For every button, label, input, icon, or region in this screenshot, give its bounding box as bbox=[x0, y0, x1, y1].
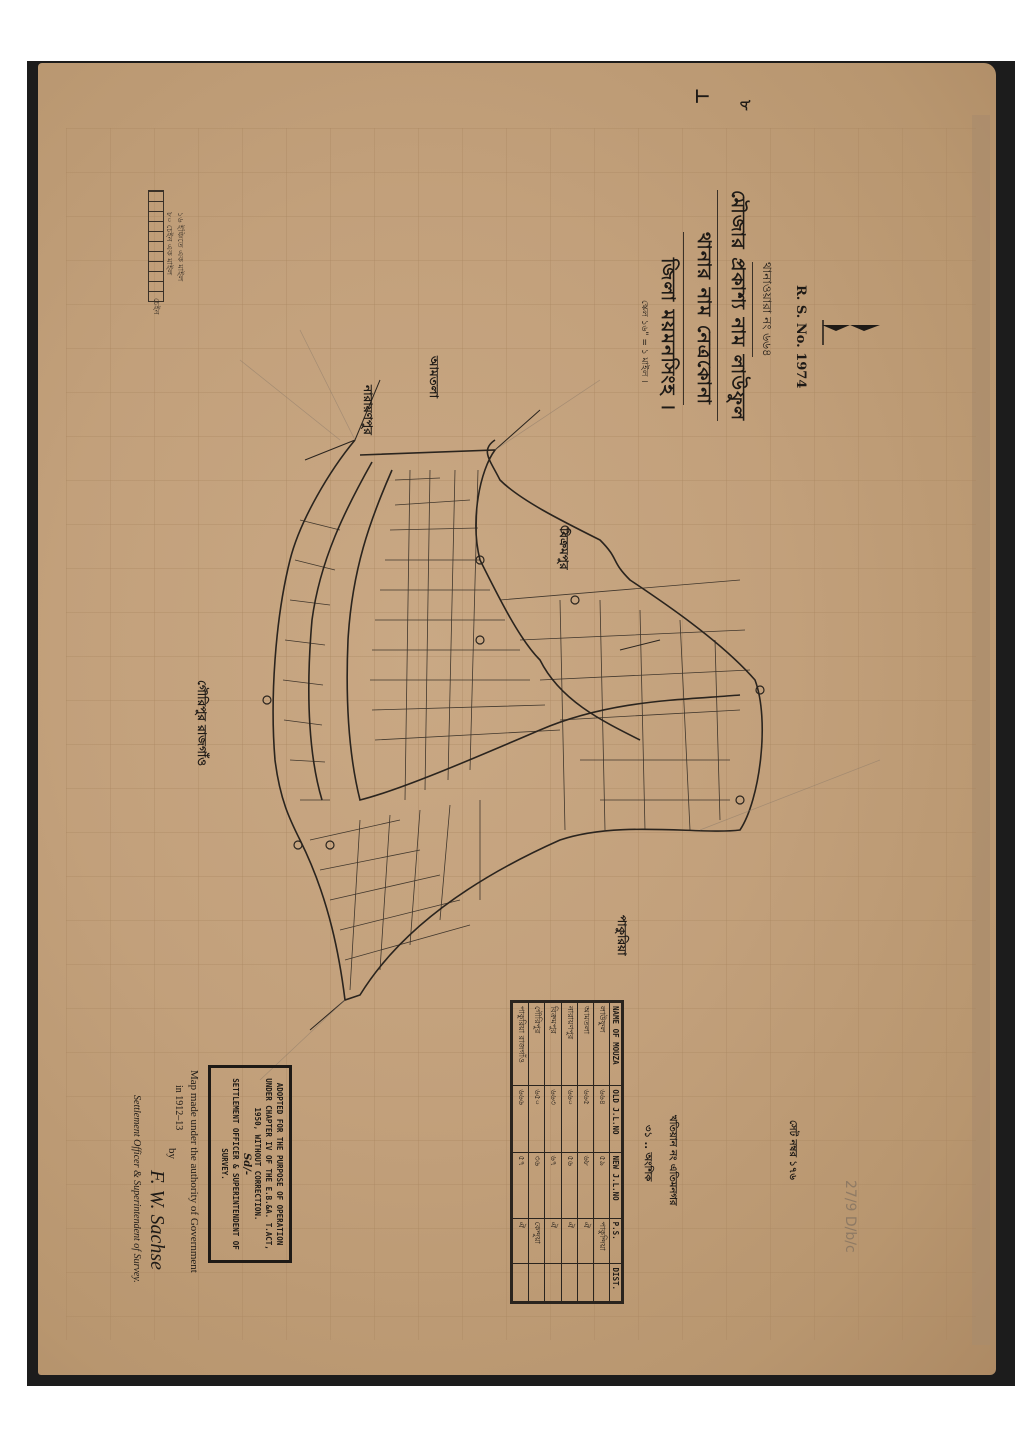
boundary-label-pakuria: পাকুরিয়া bbox=[610, 915, 630, 956]
stamp-text: ADOPTED FOR THE PURPOSE OF OPERATION UND… bbox=[252, 1076, 285, 1252]
col-name: NAME OF MOUZA bbox=[610, 1003, 622, 1086]
cell bbox=[513, 1264, 529, 1302]
cell bbox=[529, 1264, 545, 1302]
col-ps: P.S. bbox=[610, 1218, 622, 1264]
sheet-number: সেট নম্বর ১৭৬ bbox=[783, 1120, 800, 1180]
stamp-footer: SETTLEMENT OFFICER & SUPERINTENDENT OF S… bbox=[219, 1076, 241, 1252]
stamp-signature: Sd/- bbox=[241, 1076, 252, 1252]
table-row: পাকুরিয়া রাজগাঁও ৬৬৬ ৫৭ ঐ bbox=[513, 1003, 529, 1302]
mouza-table: NAME OF MOUZA OLD J.L.NO NEW J.L.NO P.S.… bbox=[510, 1000, 624, 1304]
mouza-boundary bbox=[273, 440, 762, 1000]
cell: ৬৬০ bbox=[561, 1086, 577, 1152]
col-new-jl: NEW J.L.NO bbox=[610, 1152, 622, 1218]
cell: ৬৬৩ bbox=[545, 1086, 561, 1152]
cell: ঐ bbox=[513, 1218, 529, 1264]
cell: ৬৬৫ bbox=[577, 1086, 593, 1152]
parcel-lines bbox=[283, 470, 750, 990]
cell: ঐ bbox=[561, 1218, 577, 1264]
cell: ৬৫০ bbox=[529, 1086, 545, 1152]
cell: আমতলা bbox=[577, 1003, 593, 1086]
boundary-label-gouripur: গৌরিপুর রাজগাঁও bbox=[190, 680, 210, 766]
boundary-label-narayanpur: নারায়ণপুর bbox=[356, 385, 376, 435]
cell bbox=[561, 1264, 577, 1302]
cell: ৬৬৬ bbox=[513, 1086, 529, 1152]
cell: গৌরিপুর bbox=[529, 1003, 545, 1086]
cell: ৩৬ bbox=[529, 1152, 545, 1218]
col-old-jl: OLD J.L.NO bbox=[610, 1086, 622, 1152]
adoption-stamp: ADOPTED FOR THE PURPOSE OF OPERATION UND… bbox=[208, 1065, 292, 1263]
authority-line: Map made under the authority of Governme… bbox=[188, 1070, 200, 1273]
cell: ৫৯ bbox=[593, 1152, 609, 1218]
boundary-label-bikrampur: বিক্রমপুর bbox=[552, 528, 572, 570]
cell: ঐ bbox=[577, 1218, 593, 1264]
cell: ৫৭ bbox=[513, 1152, 529, 1218]
table-row: বিক্রমপুর ৬৬৩ ৬৭ ঐ bbox=[545, 1003, 561, 1302]
boundary-label-amtala: আমতলা bbox=[422, 356, 442, 398]
cell: বিক্রমপুর bbox=[545, 1003, 561, 1086]
cell bbox=[545, 1264, 561, 1302]
cell bbox=[577, 1264, 593, 1302]
table-row: গৌরিপুর ৬৫০ ৩৬ কেন্দুয়া bbox=[529, 1003, 545, 1302]
cell: লাউফুল bbox=[593, 1003, 609, 1086]
jl-value: ৩১ .. অংশিক bbox=[638, 1125, 655, 1181]
cell: ৬৮ bbox=[577, 1152, 593, 1218]
col-dist: DIST. bbox=[610, 1264, 622, 1302]
cell: ৫৬ bbox=[561, 1152, 577, 1218]
jl-label: খতিয়ান নং এতিমনগর bbox=[663, 1115, 680, 1205]
cell: ৬৬৪ bbox=[593, 1086, 609, 1152]
authority-by: by bbox=[166, 1148, 178, 1159]
table-row: নারায়ণপুর ৬৬০ ৫৬ ঐ bbox=[561, 1003, 577, 1302]
authority-signature: F. W. Sachse bbox=[145, 1170, 168, 1270]
table-header-row: NAME OF MOUZA OLD J.L.NO NEW J.L.NO P.S.… bbox=[610, 1003, 622, 1302]
authority-title: Settlement Officer & Superintendent of S… bbox=[131, 1095, 142, 1283]
authority-year: in 1912–13 bbox=[173, 1085, 184, 1130]
pencil-note: 27/9 D/b/c bbox=[842, 1180, 858, 1253]
cell: পাকুরিয়া রাজগাঁও bbox=[513, 1003, 529, 1086]
cell: পাকুন্দিয়া bbox=[593, 1218, 609, 1264]
cell: নারায়ণপুর bbox=[561, 1003, 577, 1086]
cell bbox=[593, 1264, 609, 1302]
pencil-marks bbox=[240, 330, 880, 1080]
cell: ঐ bbox=[545, 1218, 561, 1264]
table-row: আমতলা ৬৬৫ ৬৮ ঐ bbox=[577, 1003, 593, 1302]
cell: ৬৭ bbox=[545, 1152, 561, 1218]
cell: কেন্দুয়া bbox=[529, 1218, 545, 1264]
table-row: লাউফুল ৬৬৪ ৫৯ পাকুন্দিয়া bbox=[593, 1003, 609, 1302]
